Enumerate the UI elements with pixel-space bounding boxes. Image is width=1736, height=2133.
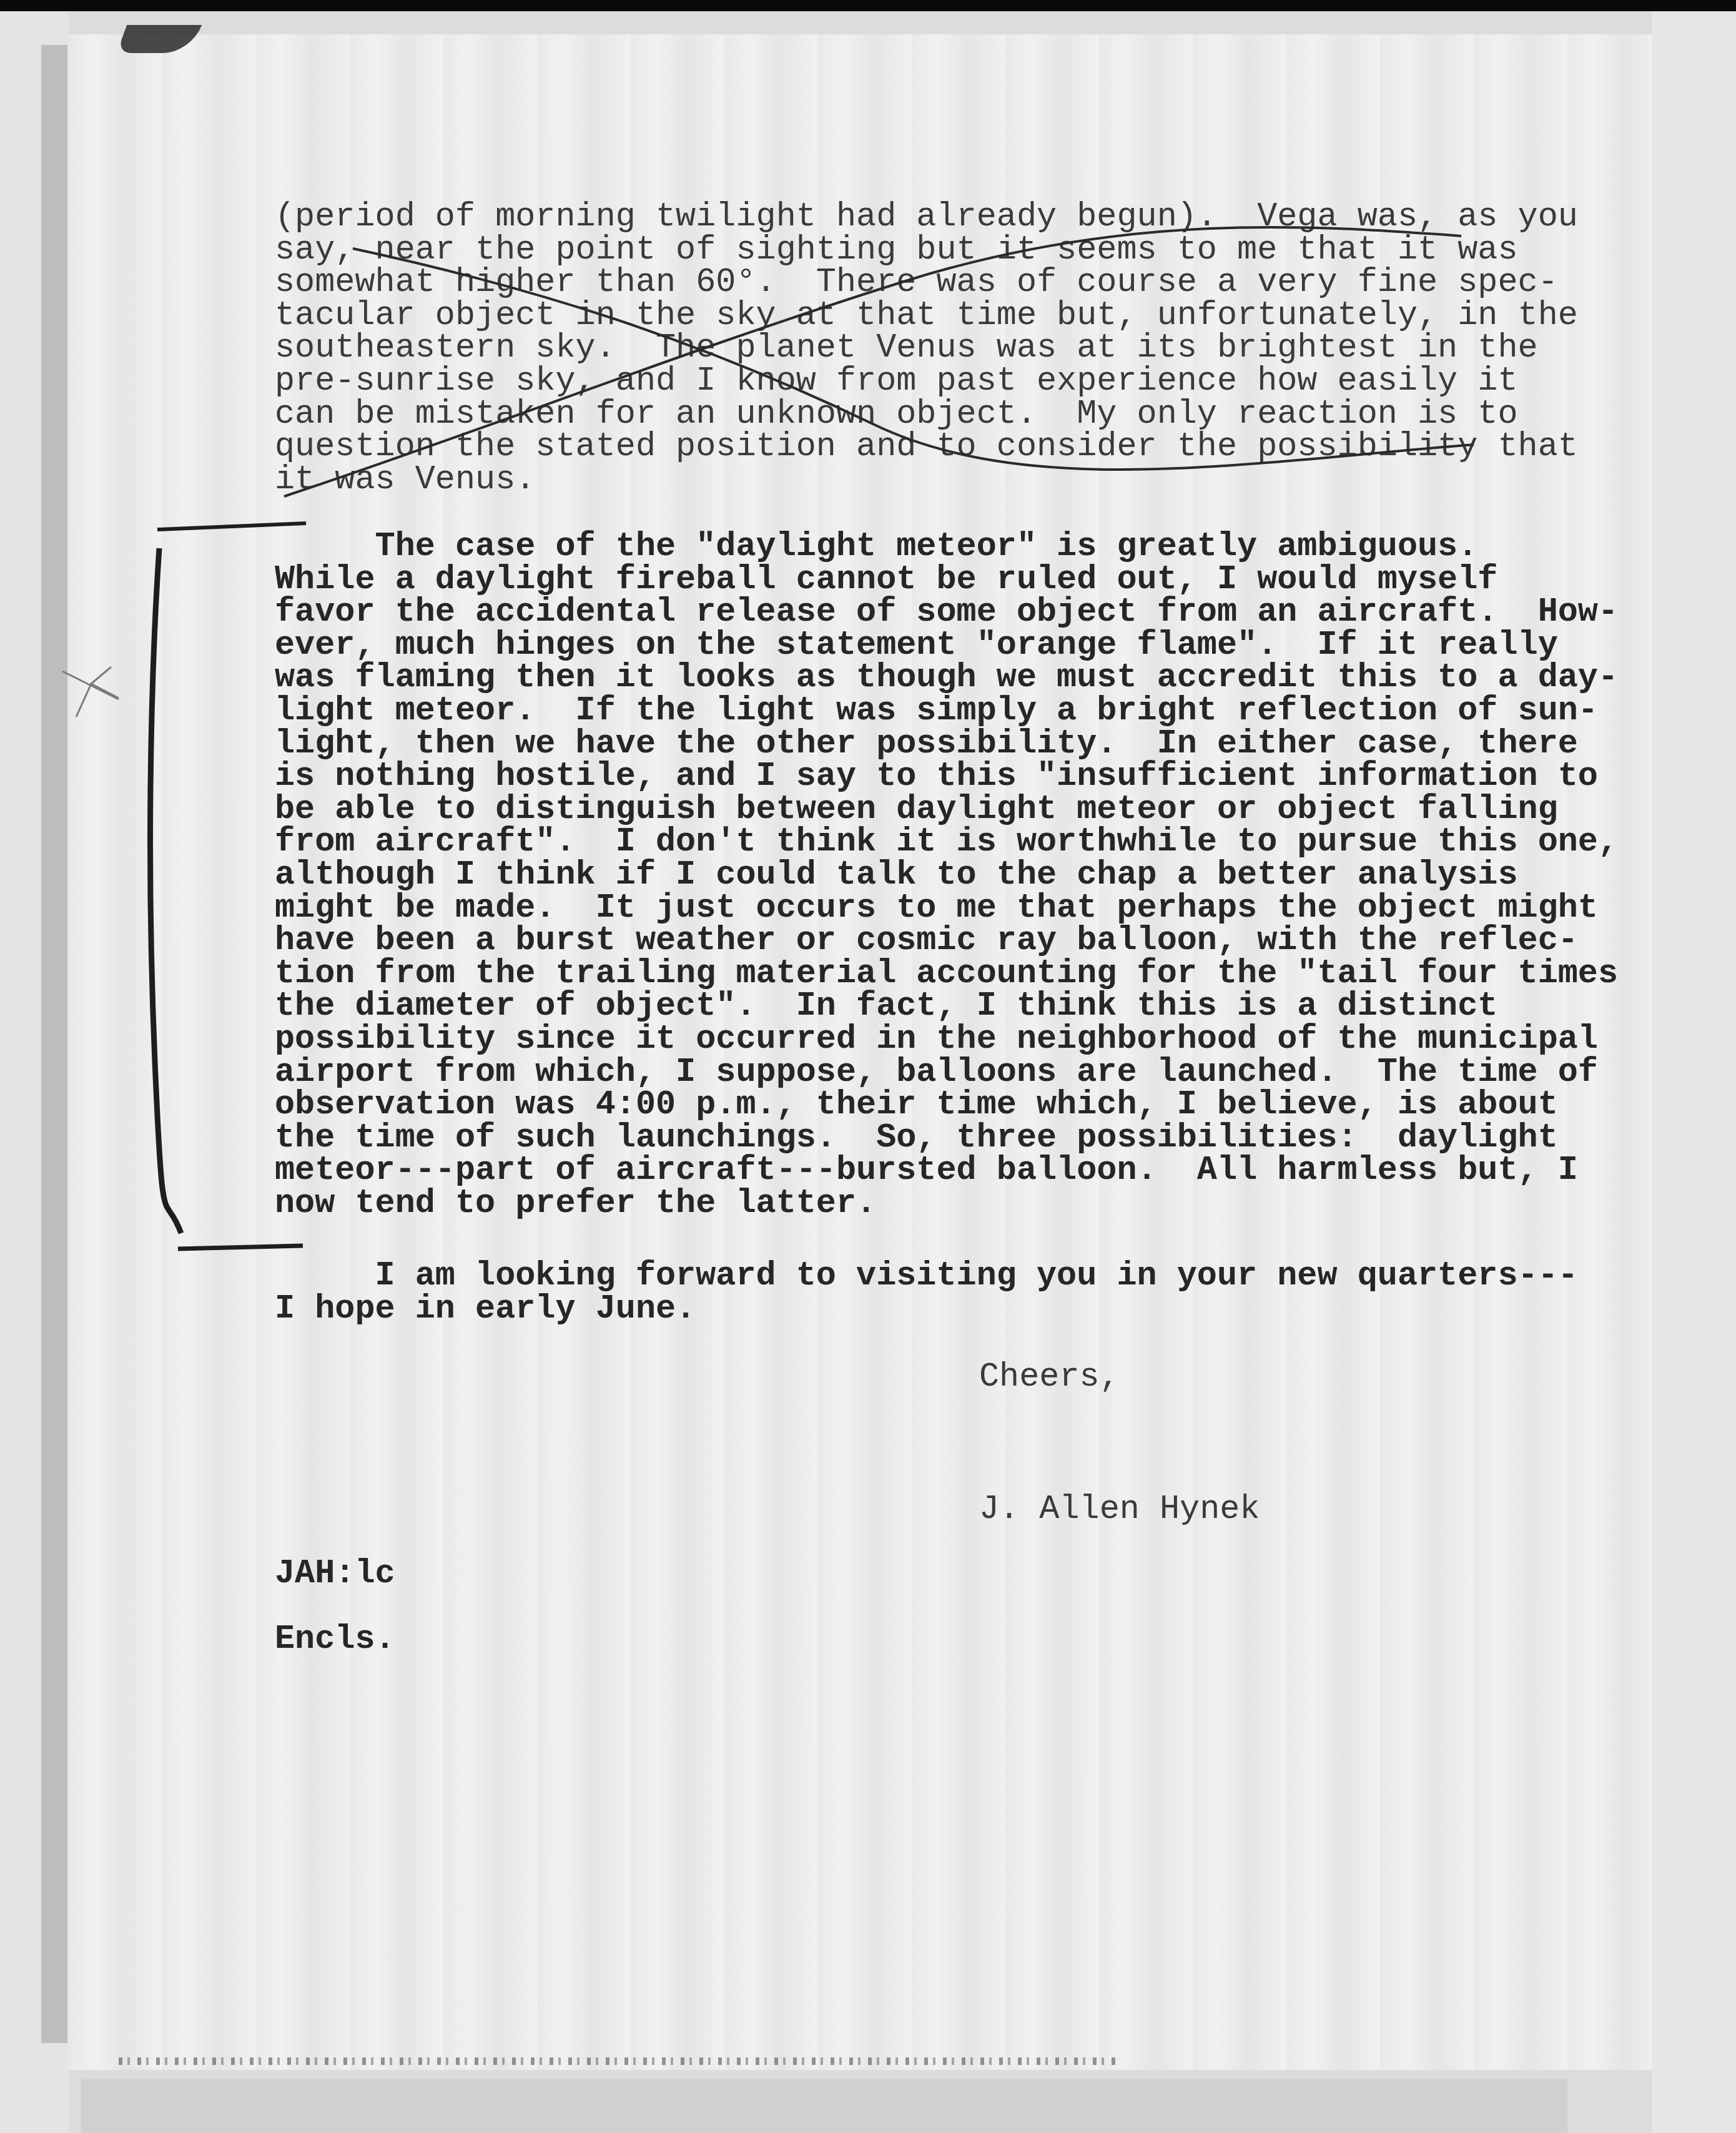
illegible-footer-text xyxy=(119,2057,1118,2065)
paragraph-visit: I am looking forward to visiting you in … xyxy=(275,1260,1578,1326)
enclosures-note: Encls. xyxy=(275,1623,395,1657)
typist-initials: JAH:lc xyxy=(275,1558,395,1591)
scan-top-border xyxy=(0,0,1736,11)
scan-left-shadow xyxy=(41,45,67,2043)
paragraph-venus: (period of morning twilight had already … xyxy=(275,201,1578,496)
scan-bottom-shadow xyxy=(81,2079,1567,2133)
scan-right-margin xyxy=(1652,11,1736,2133)
closing: Cheers, xyxy=(979,1361,1120,1394)
signature: J. Allen Hynek xyxy=(979,1494,1260,1527)
paragraph-daylight-meteor: The case of the "daylight meteor" is gre… xyxy=(275,531,1618,1220)
